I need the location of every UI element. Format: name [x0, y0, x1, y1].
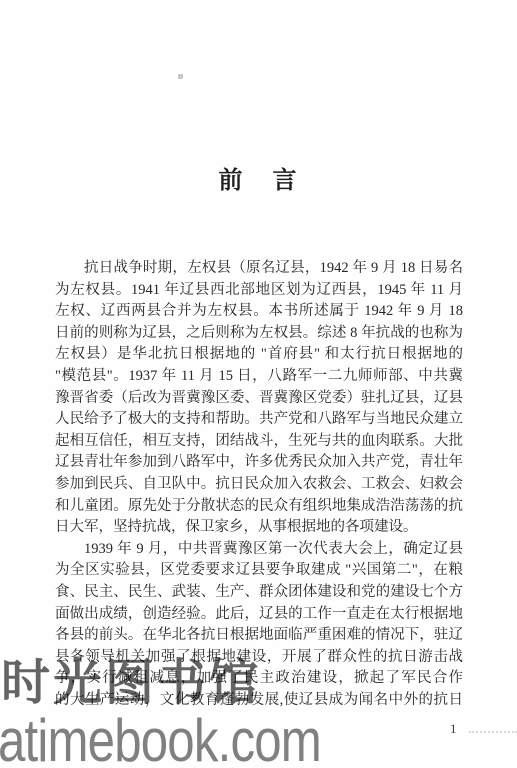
body-text-line: 豫晋省委（后改为晋冀豫区委、晋冀豫区党委）驻扎辽县，辽县 [55, 388, 463, 410]
body-text-line: 面做出成绩，创造经验。此后，辽县的工作一直走在太行根据地 [55, 604, 463, 626]
watermark-library-name: 时光图书馆 [1, 659, 261, 708]
body-text-line: 食、民主、民生、武装、生产、群众团体建设和党的建设七个方 [55, 582, 463, 604]
body-text-line: 抗日战争时期，左权县（原名辽县，1942 年 9 月 18 日易名 [55, 258, 463, 280]
watermark-website-url: atimebook.com [0, 711, 321, 768]
body-text-line: 日前的则称为辽县，之后则称为左权县。综述 8 年抗战的也称为 [55, 323, 463, 345]
body-text-line: 人民给予了极大的支持和帮助。共产党和八路军与当地民众建立 [55, 409, 463, 431]
body-text-line: 参加到民兵、自卫队中。抗日民众加入农救会、工救会、妇救会 [55, 474, 463, 496]
body-text-line: 左权、辽西两县合并为左权县。本书所述属于 1942 年 9 月 18 [55, 301, 463, 323]
body-text-line: 和儿童团。原先处于分散状态的民众有组织地集成浩浩荡荡的抗 [55, 496, 463, 518]
preface-body: 抗日战争时期，左权县（原名辽县，1942 年 9 月 18 日易名为左权县。19… [55, 258, 463, 711]
page-title: 前 言 [55, 160, 463, 195]
body-text-line: 日大军，坚持抗战，保卫家乡，从事根据地的各项建设。 [55, 517, 463, 539]
dotted-trail [469, 731, 517, 733]
book-page: 前 言 抗日战争时期，左权县（原名辽县，1942 年 9 月 18 日易名为左权… [0, 0, 517, 768]
body-text-line: 1939 年 9 月，中共晋冀豫区第一次代表大会上，确定辽县 [55, 539, 463, 561]
body-text-line: 左权县）是华北抗日根据地的 "首府县" 和太行抗日根据地的 [55, 344, 463, 366]
body-text-line: 各县的前头。在华北各抗日根据地面临严重困难的情况下，驻辽 [55, 625, 463, 647]
body-text-line: 为全区实验县，区党委要求辽县要争取建成 "兴国第二"，在粮 [55, 560, 463, 582]
scan-speck [178, 74, 183, 79]
body-text-line: 为左权县。1941 年辽县西北部地区划为辽西县，1945 年 11 月 [55, 280, 463, 302]
body-text-line: 辽县青壮年参加到八路军中，许多优秀民众加入共产党，青壮年 [55, 452, 463, 474]
body-text-line: 起相互信任，相互支持，团结战斗，生死与共的血肉联系。大批 [55, 431, 463, 453]
body-text-line: "模范县"。1937 年 11 月 15 日，八路军一二九师师部、中共冀 [55, 366, 463, 388]
page-number: 1 [450, 721, 457, 737]
